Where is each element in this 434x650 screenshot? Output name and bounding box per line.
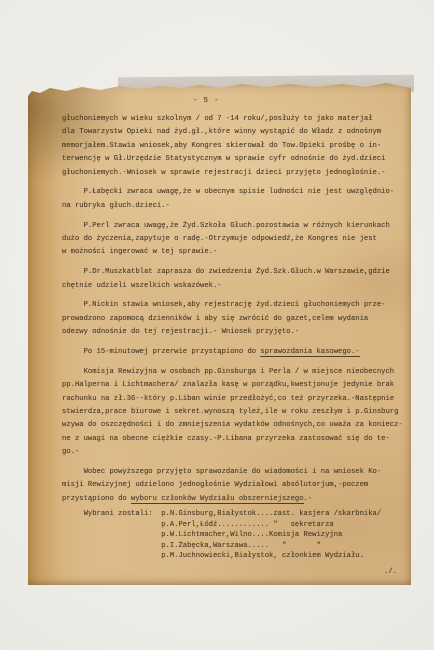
text-segment: głuchoniemych.-Wniosek w sprawie rejestr… — [62, 169, 386, 177]
text-line: Wybrani zostali: p.N.Ginsburg,Białystok.… — [62, 509, 411, 520]
text-line: p.A.Perl,Łódź............ " sekretarza — [62, 520, 411, 531]
text-segment: misji Rewizyjnej udzielono jednogłośnie … — [62, 481, 368, 489]
text-line: głuchoniemych.-Wniosek w sprawie rejestr… — [62, 167, 411, 180]
underlined-text-segment: wyboru członków Wydziału obszerniejszego — [131, 495, 304, 504]
text-segment: terwencję w Gł.Urzędzie Statystycznym w … — [62, 155, 386, 163]
text-segment: p.M.Juchnowiecki,Białystok, członkiem Wy… — [62, 552, 364, 560]
paragraph-absolutorium: Wobec powyższego przyjęto sprawozdanie d… — [62, 466, 411, 506]
underlined-text-segment: sprawozdania kasowego.- — [260, 348, 359, 357]
text-segment: odezwy odnośnie do tej rejestracji.- Wni… — [62, 328, 299, 336]
text-segment: dla Towarzystw Opieki nad żyd.gł.,które … — [62, 128, 381, 136]
text-line: p.I.Żabęcka,Warszawa..... " " — [62, 541, 411, 552]
text-line: Po 15-minutowej przerwie przystąpiono do… — [62, 346, 411, 359]
page-number: - 5 - — [62, 95, 220, 108]
text-line: na rubryka głuch.dzieci.- — [62, 200, 411, 213]
paragraph-muszkatblat: P.Dr.Muszkatblat zaprasza do zwiedzenia … — [62, 266, 411, 293]
paragraph-registration: głuchoniemych w wieku szkolnym / od 7 -1… — [62, 113, 411, 180]
text-line: dużo do życzenia,zapytuje o radę.-Otrzym… — [62, 233, 411, 246]
text-segment: Wobec powyższego przyjęto sprawozdanie d… — [62, 468, 381, 476]
text-segment: Komisja Rewizyjna w osobach pp.Ginsburga… — [62, 368, 394, 376]
text-line: p.M.Juchnowiecki,Białystok, członkiem Wy… — [62, 551, 411, 562]
text-line: stwierdza,prace biurowe i sekret.wynoszą… — [62, 406, 411, 419]
text-segment: ./. — [384, 568, 397, 576]
text-line: misji Rewizyjnej udzielono jednogłośnie … — [62, 479, 411, 492]
text-segment: wzywa do oszczędności i do zmniejszenia … — [62, 421, 403, 429]
text-line: przystąpiono do wyboru członków Wydziału… — [62, 493, 411, 506]
text-segment: głuchoniemych w wieku szkolnym / od 7 -1… — [62, 115, 373, 123]
text-line: P.Nickin stawia wniosek,aby rejestrację … — [62, 299, 411, 312]
text-segment: P.Perl zwraca uwagę,że Żyd.Szkoła Głuch.… — [62, 222, 390, 230]
text-line: go.- — [62, 446, 411, 459]
text-segment: p.A.Perl,Łódź............ " sekretarza — [62, 521, 334, 529]
text-line: p.W.Lichtmacher,Wilno....Komisja Rewizyj… — [62, 530, 411, 541]
text-segment: p.W.Lichtmacher,Wilno....Komisja Rewizyj… — [62, 531, 342, 539]
text-segment: prowadzono zapomocą dzienników i aby się… — [62, 315, 368, 323]
text-segment: na rubryka głuch.dzieci.- — [62, 202, 170, 210]
text-segment: Wybrani zostali: p.N.Ginsburg,Białystok.… — [62, 510, 381, 518]
text-segment: ne z uwagi na obecne ciężkie czasy.-P.Li… — [62, 435, 390, 443]
text-line: ne z uwagi na obecne ciężkie czasy.-P.Li… — [62, 433, 411, 446]
paragraph-perl: P.Perl zwraca uwagę,że Żyd.Szkoła Głuch.… — [62, 220, 411, 260]
text-segment: P.Łabęcki zwraca uwagę,że w obecnym spis… — [62, 188, 394, 196]
document-page: - 5 - głuchoniemych w wieku szkolnym / o… — [28, 82, 411, 585]
text-segment: P.Nickin stawia wniosek,aby rejestrację … — [62, 301, 386, 309]
text-line: Komisja Rewizyjna w osobach pp.Ginsburga… — [62, 366, 411, 379]
text-line: P.Dr.Muszkatblat zaprasza do zwiedzenia … — [62, 266, 411, 279]
text-line: dla Towarzystw Opieki nad żyd.gł.,które … — [62, 126, 411, 139]
text-line: P.Łabęcki zwraca uwagę,że w obecnym spis… — [62, 186, 411, 199]
text-segment: przystąpiono do — [62, 495, 131, 503]
text-segment: chętnie udzieli wszelkich wskazówek.- — [62, 282, 222, 290]
paragraph-komisja-rewizyjna: Komisja Rewizyjna w osobach pp.Ginsburga… — [62, 366, 411, 460]
text-line: rachunku na zł.36--który p.Liban winie p… — [62, 393, 411, 406]
text-segment: .- — [304, 495, 313, 503]
paragraph-nickin: P.Nickin stawia wniosek,aby rejestrację … — [62, 299, 411, 339]
text-line: głuchoniemych w wieku szkolnym / od 7 -1… — [62, 113, 411, 126]
text-line: chętnie udzieli wszelkich wskazówek.- — [62, 280, 411, 293]
paragraph-przerwa: Po 15-minutowej przerwie przystąpiono do… — [62, 346, 411, 359]
text-line: prowadzono zapomocą dzienników i aby się… — [62, 313, 411, 326]
text-segment: stwierdza,prace biurowe i sekret.wynoszą… — [62, 408, 398, 416]
text-line: pp.Halperna i Lichtmachera/ znalazła kas… — [62, 379, 411, 392]
text-segment: pp.Halperna i Lichtmachera/ znalazła kas… — [62, 381, 394, 389]
typewritten-text-body: głuchoniemych w wieku szkolnym / od 7 -1… — [62, 113, 411, 579]
scanned-document-background: - 5 - głuchoniemych w wieku szkolnym / o… — [0, 0, 434, 650]
text-line: odezwy odnośnie do tej rejestracji.- Wni… — [62, 326, 411, 339]
elected-members-list: Wybrani zostali: p.N.Ginsburg,Białystok.… — [62, 509, 411, 562]
continuation-mark: ./. — [62, 566, 411, 579]
text-line: w możności ingerować w tej sprawie.- — [62, 246, 411, 259]
paragraph-labecki: P.Łabęcki zwraca uwagę,że w obecnym spis… — [62, 186, 411, 213]
text-line: memorjałem.Stawia wniosek,aby Kongres sk… — [62, 140, 411, 153]
text-segment: go.- — [62, 448, 79, 456]
text-line: ./. — [62, 566, 397, 579]
text-segment: P.Dr.Muszkatblat zaprasza do zwiedzenia … — [62, 268, 390, 276]
text-segment: Po 15-minutowej przerwie przystąpiono do — [62, 348, 260, 356]
text-segment: p.I.Żabęcka,Warszawa..... " " — [62, 542, 321, 550]
text-segment: w możności ingerować w tej sprawie.- — [62, 248, 217, 256]
text-segment: dużo do życzenia,zapytuje o radę.-Otrzym… — [62, 235, 377, 243]
text-line: wzywa do oszczędności i do zmniejszenia … — [62, 419, 411, 432]
text-segment: rachunku na zł.36--który p.Liban winie p… — [62, 395, 394, 403]
text-line: terwencję w Gł.Urzędzie Statystycznym w … — [62, 153, 411, 166]
text-line: P.Perl zwraca uwagę,że Żyd.Szkoła Głuch.… — [62, 220, 411, 233]
text-line: Wobec powyższego przyjęto sprawozdanie d… — [62, 466, 411, 479]
text-segment: memorjałem.Stawia wniosek,aby Kongres sk… — [62, 142, 381, 150]
